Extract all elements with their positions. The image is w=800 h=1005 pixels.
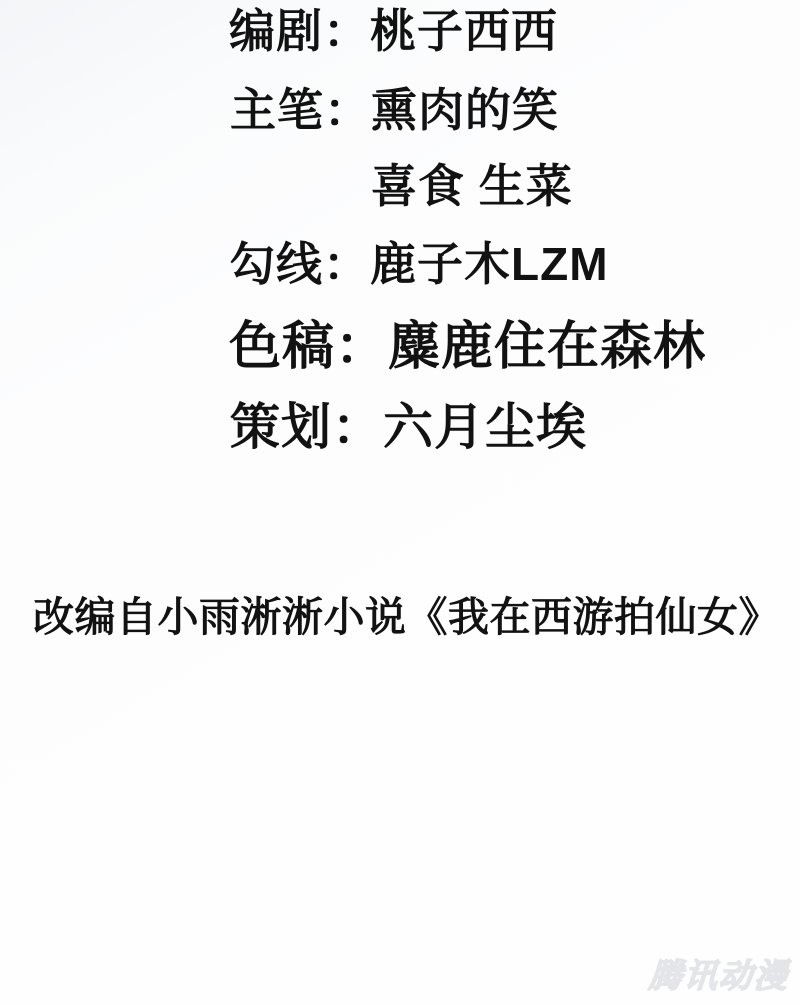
credit-name: 麋鹿住在森林 [388, 318, 706, 376]
credit-row-lead-artist-2: 喜食 生菜 [371, 163, 573, 209]
credit-label: 策划： [230, 399, 383, 455]
credit-label: 编剧： [229, 5, 370, 57]
credit-name: 喜食 生菜 [371, 160, 573, 212]
credit-name: 熏肉的笑 [371, 84, 559, 136]
credit-row-planning: 策划：六月尘埃 [230, 402, 587, 452]
credit-name: 六月尘埃 [383, 399, 587, 455]
credit-label: 勾线： [229, 238, 370, 290]
credit-label: 色稿： [229, 318, 388, 376]
credit-row-coloring: 色稿：麋鹿住在森林 [229, 321, 706, 373]
tencent-comics-watermark: 腾讯动漫 [648, 959, 790, 992]
credit-label: 主笔： [230, 84, 371, 136]
credit-row-line-art: 勾线：鹿子木LZM [229, 241, 609, 287]
credit-name: 鹿子木LZM [370, 238, 609, 290]
credit-row-lead-artist: 主笔：熏肉的笑 [230, 87, 559, 133]
credit-name: 桃子西西 [370, 5, 558, 57]
credit-row-screenwriter: 编剧：桃子西西 [229, 8, 558, 54]
adaptation-note: 改编自小雨淅淅小说《我在西游拍仙女》 [33, 597, 780, 638]
comic-credits-page: 编剧：桃子西西 主笔：熏肉的笑 喜食 生菜 勾线：鹿子木LZM 色稿：麋鹿住在森… [0, 0, 800, 1005]
